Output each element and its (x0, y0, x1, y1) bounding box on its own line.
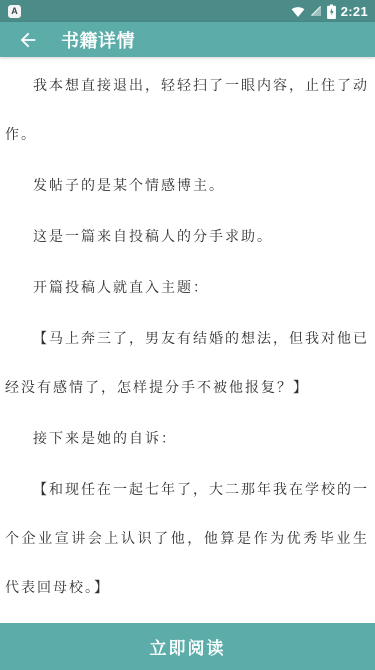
excerpt-paragraph: 【和现任在一起七年了，大二那年我在学校的一个企业宣讲会上认识了他，他算是作为优秀… (5, 465, 369, 612)
excerpt-paragraph: 【马上奔三了，男友有结婚的想法，但我对他已经没有感情了，怎样提分手不被他报复？】 (5, 314, 369, 412)
page-title: 书籍详情 (61, 27, 135, 53)
excerpt-paragraph: 开篇投稿人就直入主题： (5, 263, 369, 312)
app-badge: A (8, 5, 21, 18)
status-bar-right: 2:21 (291, 4, 368, 19)
excerpt-paragraph: 我本想直接退出，轻轻扫了一眼内容，止住了动作。 (5, 61, 369, 159)
clock-time: 2:21 (341, 4, 368, 19)
back-arrow-icon (17, 29, 39, 51)
read-now-button[interactable]: 立即阅读 (0, 623, 375, 670)
excerpt-paragraph: 发帖子的是某个情感博主。 (5, 161, 369, 210)
book-detail-screen: A 2:21 书籍详情 我本想直接退出，轻轻扫了一眼内容，止住了动作。 (0, 0, 375, 670)
app-bar: 书籍详情 (0, 22, 375, 57)
no-signal-icon (310, 5, 322, 17)
status-bar: A 2:21 (0, 0, 375, 22)
battery-charging-icon (327, 4, 336, 19)
excerpt-paragraph: 接下来是她的自诉： (5, 414, 369, 463)
excerpt-paragraph: 这是一篇来自投稿人的分手求助。 (5, 212, 369, 261)
back-button[interactable] (16, 28, 40, 52)
wifi-icon (291, 6, 305, 17)
book-excerpt-scroll-area[interactable]: 我本想直接退出，轻轻扫了一眼内容，止住了动作。 发帖子的是某个情感博主。 这是一… (0, 57, 375, 623)
